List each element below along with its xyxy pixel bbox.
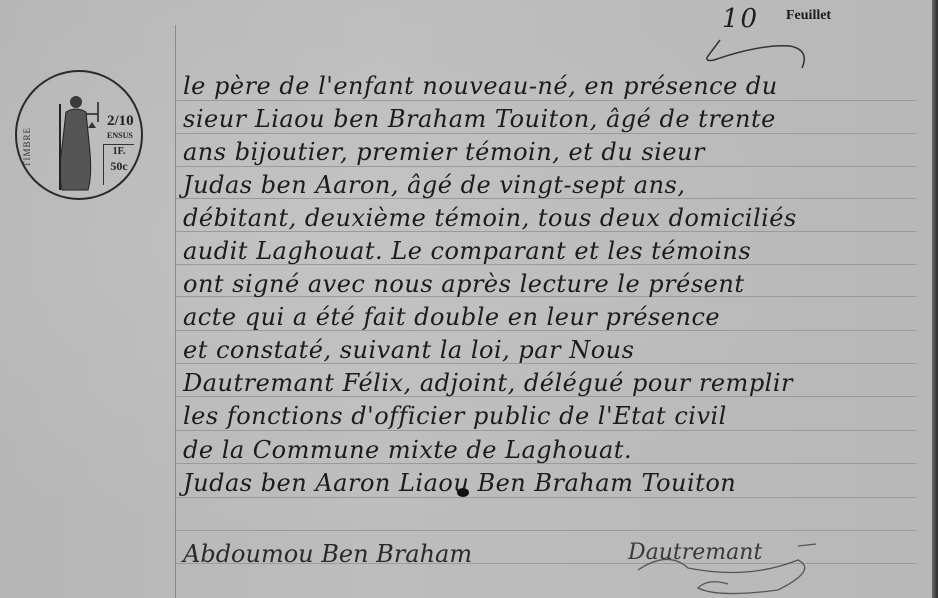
body-line-10: Dautremant Félix, adjoint, délégué pour … xyxy=(183,369,793,397)
body-line-7: ont signé avec nous après lecture le pré… xyxy=(183,270,744,298)
ink-blot xyxy=(457,488,469,497)
stamp-value: 2/10 xyxy=(107,114,134,129)
justice-figure-icon xyxy=(52,92,100,192)
stamp-price-cents: 50c xyxy=(104,160,134,172)
body-line-6: audit Laghouat. Le comparant et les témo… xyxy=(183,237,751,265)
ruled-line xyxy=(176,530,916,531)
body-line-9: et constaté, suivant la loi, par Nous xyxy=(183,336,634,364)
body-line-12: de la Commune mixte de Laghouat. xyxy=(183,436,632,464)
body-line-2: sieur Liaou ben Braham Touiton, âgé de t… xyxy=(183,105,776,133)
margin-rule xyxy=(175,25,176,598)
signature-flourish xyxy=(628,540,828,598)
feuillet-label: Feuillet xyxy=(786,8,831,24)
ruled-line xyxy=(176,166,916,167)
ruled-line xyxy=(176,497,916,498)
body-line-1: le père de l'enfant nouveau-né, en prése… xyxy=(183,72,778,100)
stamp-arc-text: TIMBRE xyxy=(22,127,32,167)
body-line-5: débitant, deuxième témoin, tous deux dom… xyxy=(183,204,797,232)
ruled-line xyxy=(176,133,916,134)
document-page: TIMBRE 2/10 ENSUS 1F. 50c 10 Feuillet le… xyxy=(0,0,938,598)
stamp-value-sub: ENSUS xyxy=(107,131,133,140)
ruled-line xyxy=(176,430,916,431)
folio-number: 10 xyxy=(722,4,759,34)
body-line-4: Judas ben Aaron, âgé de vingt-sept ans, xyxy=(183,171,686,199)
tax-stamp: TIMBRE 2/10 ENSUS 1F. 50c xyxy=(15,70,143,200)
body-line-11: les fonctions d'officier public de l'Eta… xyxy=(183,402,727,430)
ruled-line xyxy=(176,100,916,101)
stamp-price-box: 1F. 50c xyxy=(103,144,134,185)
page-edge-shadow xyxy=(932,0,938,598)
body-line-3: ans bijoutier, premier témoin, et du sie… xyxy=(183,138,705,166)
body-line-8: acte qui a été fait double en leur prése… xyxy=(183,303,720,331)
signature-declarant: Abdoumou Ben Braham xyxy=(183,540,472,568)
stamp-price-franc: 1F. xyxy=(104,147,134,157)
